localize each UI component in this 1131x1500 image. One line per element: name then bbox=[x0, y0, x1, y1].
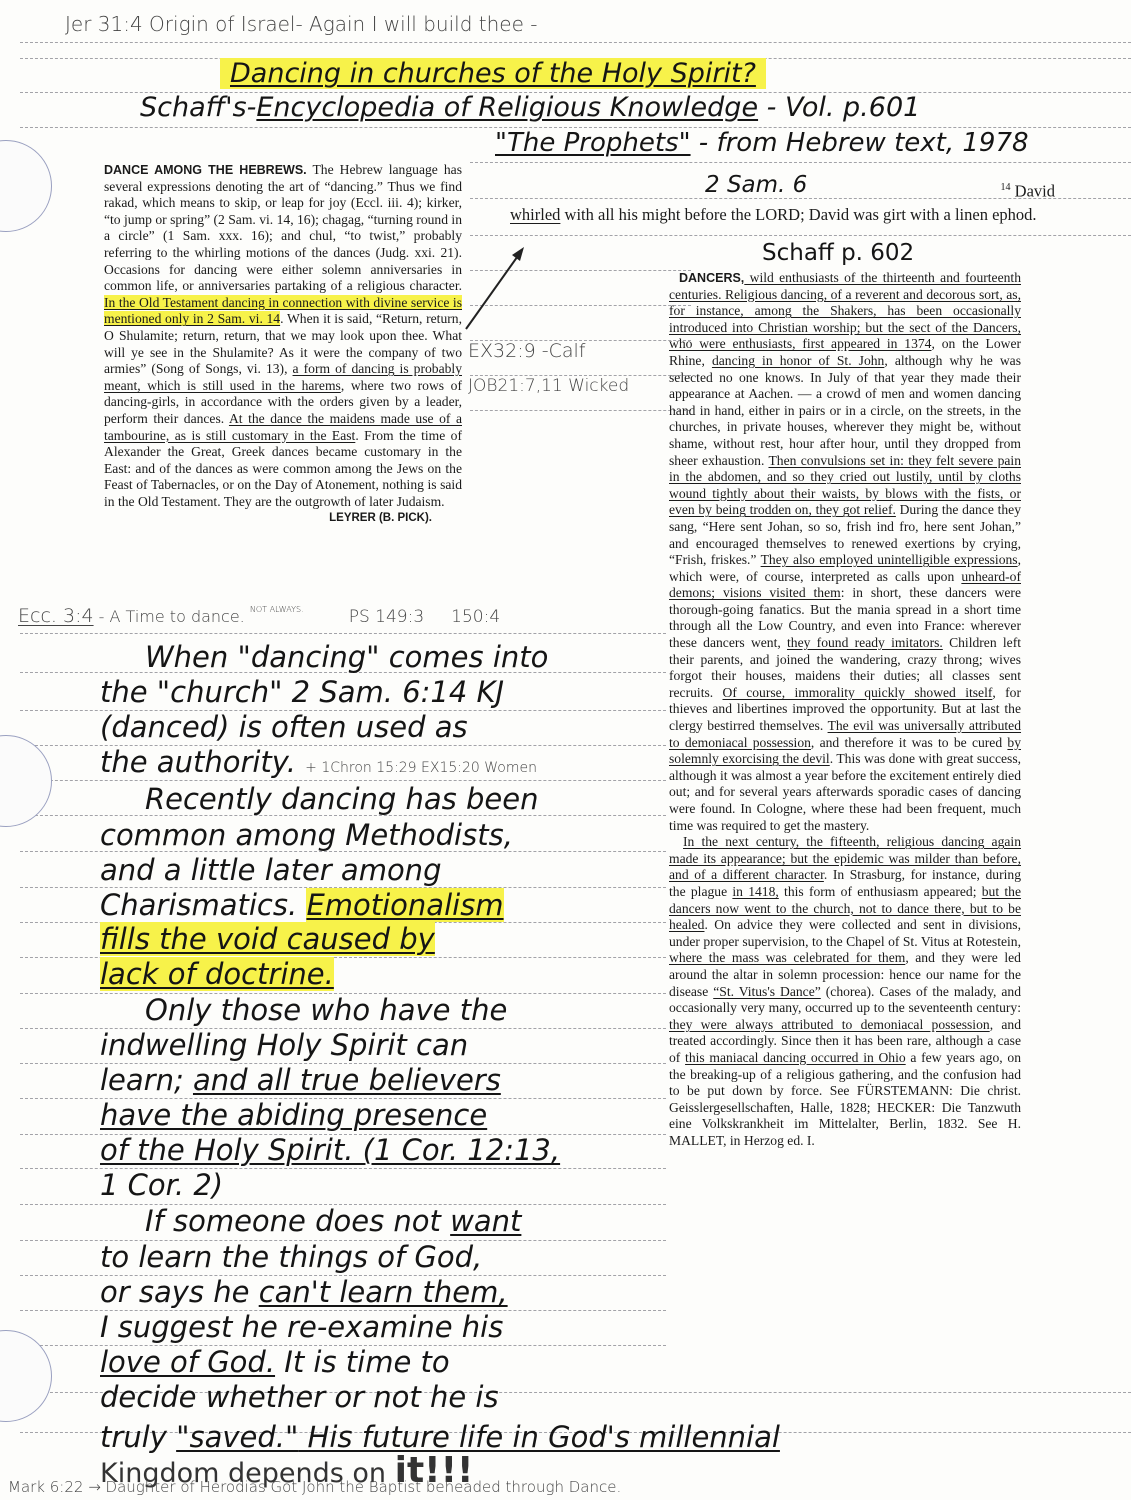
underlined-passage: dancing in honor of St. John bbox=[712, 353, 884, 368]
hand-line: If someone does not want bbox=[145, 1204, 521, 1238]
source-suffix: - Vol. p.601 bbox=[758, 92, 920, 123]
hand-line: the authority. + 1Chron 15:29 EX15:20 Wo… bbox=[100, 745, 537, 779]
hole-punch bbox=[0, 1330, 52, 1422]
prophets-suffix: - from Hebrew text, 1978 bbox=[691, 128, 1029, 158]
left-article: DANCE AMONG THE HEBREWS. The Hebrew lang… bbox=[104, 162, 462, 527]
underlined-passage: where the mass was celebrated for them bbox=[669, 950, 905, 965]
hand-line: (danced) is often used as bbox=[100, 710, 468, 744]
ecc-aside: NOT ALWAYS. bbox=[250, 605, 304, 614]
hand-line: of the Holy Spirit. (1 Cor. 12:13, bbox=[100, 1133, 560, 1167]
hand-line: 1 Cor. 2) bbox=[100, 1168, 223, 1202]
source-line: Schaff's-Encyclopedia of Religious Knowl… bbox=[140, 92, 920, 123]
right-article-body: wild enthusiasts of the thirteenth and f… bbox=[669, 270, 1021, 833]
ecc-ref: Ecc. 3:4 bbox=[18, 605, 94, 627]
hand-line: Charismatics. Emotionalism bbox=[100, 888, 504, 922]
hand-line: to learn the things of God, bbox=[100, 1240, 482, 1274]
margin-note-ex: EX32:9 -Calf bbox=[468, 340, 585, 362]
hand-line: learn; and all true believers bbox=[100, 1063, 501, 1097]
ecc-note: Ecc. 3:4 - A Time to dance. NOT ALWAYS. … bbox=[18, 605, 500, 627]
hand-line: the "church" 2 Sam. 6:14 KJ bbox=[100, 675, 504, 709]
hand-line: I suggest he re-examine his bbox=[100, 1310, 503, 1344]
hand-line: have the abiding presence bbox=[100, 1098, 487, 1132]
margin-note-job: JOB21:7,11 Wicked bbox=[468, 376, 629, 396]
underlined-passage: this maniacal dancing occurred in Ohio bbox=[685, 1050, 906, 1065]
chron-note: + 1Chron 15:29 EX15:20 Women bbox=[305, 760, 537, 776]
hand-underline: His future life in God's millennial bbox=[298, 1420, 780, 1454]
top-note: Jer 31:4 Origin of Israel- Again I will … bbox=[65, 12, 537, 36]
bottom-note: Mark 6:22 → Daughter of Herodias Got Joh… bbox=[8, 1478, 621, 1496]
schaff-602-label: Schaff p. 602 bbox=[762, 240, 914, 266]
hand-line: fills the void caused by bbox=[100, 922, 435, 956]
hand-line: indwelling Holy Spirit can bbox=[100, 1028, 468, 1062]
hand-line: truly "saved." His future life in God's … bbox=[100, 1420, 780, 1454]
hole-punch bbox=[0, 140, 52, 232]
hand-line: common among Methodists, bbox=[100, 818, 513, 852]
hand-line: love of God. It is time to bbox=[100, 1345, 450, 1379]
verse-underlined: whirled bbox=[510, 205, 560, 224]
hand-line: Recently dancing has been bbox=[145, 782, 538, 816]
hand-line: decide whether or not he is bbox=[100, 1380, 499, 1414]
article-text: this form of enthusiasm appeared; bbox=[779, 884, 982, 899]
underlined-passage: Of course, immorality quickly showed its… bbox=[723, 685, 993, 700]
hand-underline: want bbox=[450, 1204, 521, 1238]
article-text: , although why he was selected no one kn… bbox=[669, 353, 1021, 468]
arrow-icon bbox=[460, 245, 540, 335]
source-title: Encyclopedia of Religious Knowledge bbox=[256, 92, 758, 123]
source-prefix: Schaff's- bbox=[140, 92, 256, 123]
hand-highlight: fills the void caused by bbox=[100, 922, 435, 956]
hand-underline: "saved." bbox=[176, 1420, 298, 1454]
hole-punch bbox=[0, 735, 52, 827]
hand-highlight: lack of doctrine. bbox=[100, 957, 334, 991]
prophets-title: "The Prophets" bbox=[495, 128, 691, 158]
hand-line: When "dancing" comes into bbox=[145, 640, 548, 674]
underlined-passage: they found ready imitators. bbox=[787, 635, 943, 650]
hand-underline: can't learn them, bbox=[259, 1275, 508, 1309]
ps-ref: PS 149:3 150:4 bbox=[349, 607, 500, 627]
hand-text: Charismatics. bbox=[100, 888, 297, 922]
hand-text: or says he bbox=[100, 1275, 259, 1309]
hand-text: the authority. bbox=[100, 745, 296, 779]
hand-underline: love of God. bbox=[100, 1345, 275, 1379]
left-article-text: The Hebrew language has several expressi… bbox=[104, 162, 462, 293]
underlined-passage: in 1418, bbox=[732, 884, 778, 899]
right-article: DANCERS, wild enthusiasts of the thirtee… bbox=[669, 270, 1021, 1149]
verse-number: 14 bbox=[1001, 182, 1011, 193]
page-title: Dancing in churches of the Holy Spirit? bbox=[220, 58, 766, 89]
hand-line: lack of doctrine. bbox=[100, 957, 334, 991]
hand-text: It is time to bbox=[275, 1345, 450, 1379]
verse-text: with all his might before the LORD; Davi… bbox=[560, 205, 1036, 224]
hand-line: Only those who have the bbox=[145, 993, 507, 1027]
hand-text: learn; bbox=[100, 1063, 193, 1097]
left-article-heading: DANCE AMONG THE HEBREWS. bbox=[104, 163, 307, 177]
verse-lead: David bbox=[1015, 182, 1055, 201]
hand-underline: and all true believers bbox=[193, 1063, 501, 1097]
underlined-passage: They also employed unintelligible expres… bbox=[761, 552, 1018, 567]
hand-line: or says he can't learn them, bbox=[100, 1275, 508, 1309]
article-text: . On advice they were collected and sent… bbox=[669, 917, 1021, 949]
left-article-signature: LEYRER (B. PICK). bbox=[104, 510, 462, 527]
sam-verse: 14 David whirled with all his might befo… bbox=[510, 176, 1055, 226]
prophets-line: "The Prophets" - from Hebrew text, 1978 bbox=[495, 128, 1029, 158]
right-article-heading: DANCERS, bbox=[679, 271, 744, 285]
underlined-passage: they were always attributed to demoniaca… bbox=[669, 1017, 990, 1032]
hand-highlight: Emotionalism bbox=[306, 888, 503, 922]
article-text: , and therefore it was to be cured bbox=[811, 735, 1007, 750]
hand-line: and a little later among bbox=[100, 853, 441, 887]
title-text: Dancing in churches of the Holy Spirit? bbox=[220, 58, 766, 89]
right-article-body-2: In the next century, the fifteenth, reli… bbox=[669, 834, 1021, 1148]
ecc-text: - A Time to dance. bbox=[99, 607, 245, 626]
underlined-passage: “St. Vitus's Dance” bbox=[713, 984, 821, 999]
hand-text: If someone does not bbox=[145, 1204, 450, 1238]
hand-text: truly bbox=[100, 1420, 176, 1454]
